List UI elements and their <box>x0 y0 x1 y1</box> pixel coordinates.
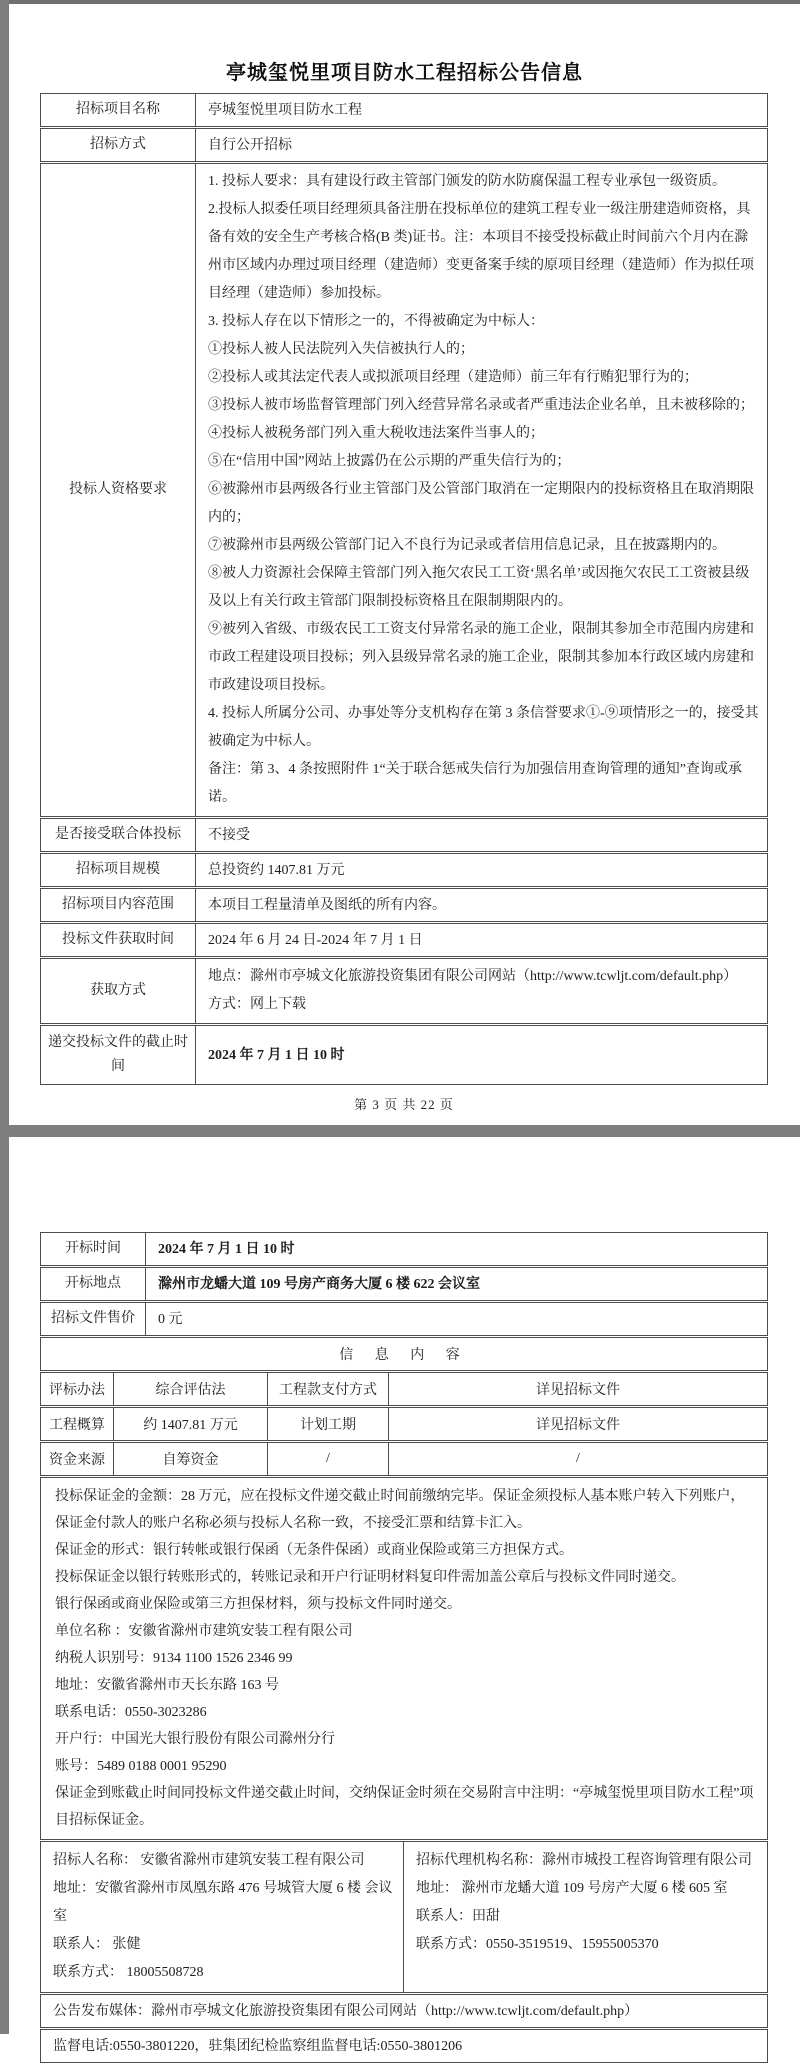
grid-cell: 工程款支付方式 <box>268 1373 389 1405</box>
page-title: 亭城玺悦里项目防水工程招标公告信息 <box>9 56 800 85</box>
grid-cell: 约 1407.81 万元 <box>114 1408 268 1440</box>
agency-info-cell: 招标代理机构名称：滁州市城投工程咨询管理有限公司 地址： 滁州市龙蟠大道 109… <box>404 1842 767 1992</box>
row-label: 招标文件售价 <box>41 1303 146 1335</box>
row-value: 总投资约 1407.81 万元 <box>196 854 767 886</box>
row-label: 是否接受联合体投标 <box>41 819 196 851</box>
table-row-scale: 招标项目规模 总投资约 1407.81 万元 <box>40 853 768 887</box>
section-header: 信 息 内 容 <box>41 1338 767 1370</box>
grid-cell: 综合评估法 <box>114 1373 268 1405</box>
table-row-open-place: 开标地点 滁州市龙蟠大道 109 号房产商务大厦 6 楼 622 会议室 <box>40 1267 768 1301</box>
row-label: 投标文件获取时间 <box>41 924 196 956</box>
row-label: 招标方式 <box>41 129 196 161</box>
grid-cell: 自筹资金 <box>114 1443 268 1475</box>
grid-cell: 工程概算 <box>41 1408 114 1440</box>
row-label: 开标时间 <box>41 1233 146 1265</box>
table-row-consortium: 是否接受联合体投标 不接受 <box>40 818 768 852</box>
row-label: 投标人资格要求 <box>41 164 196 816</box>
row-value: 2024 年 7 月 1 日 10 时 <box>146 1233 767 1265</box>
row-value: 滁州市龙蟠大道 109 号房产商务大厦 6 楼 622 会议室 <box>146 1268 767 1300</box>
deposit-info-cell: 投标保证金的金额：28 万元，应在投标文件递交截止时间前缴纳完毕。保证金须投标人… <box>41 1478 767 1839</box>
row-label: 招标项目名称 <box>41 94 196 126</box>
table-row-deadline: 递交投标文件的截止时间 2024 年 7 月 1 日 10 时 <box>40 1025 768 1085</box>
row-value: 2024 年 7 月 1 日 10 时 <box>196 1026 767 1084</box>
table-row-contacts: 招标人名称： 安徽省滁州市建筑安装工程有限公司 地址：安徽省滁州市凤凰东路 47… <box>40 1841 768 1993</box>
row-label: 招标项目内容范围 <box>41 889 196 921</box>
grid-cell: / <box>389 1443 767 1475</box>
table-row-doc-time: 投标文件获取时间 2024 年 6 月 24 日-2024 年 7 月 1 日 <box>40 923 768 957</box>
row-label: 递交投标文件的截止时间 <box>41 1026 196 1084</box>
row-label: 招标项目规模 <box>41 854 196 886</box>
table-row-supervision: 监督电话:0550-3801220，驻集团纪检监察组监督电话:0550-3801… <box>40 2029 768 2063</box>
table-row-media: 公告发布媒体：滁州市亭城文化旅游投资集团有限公司网站（http://www.tc… <box>40 1994 768 2028</box>
row-value: 本项目工程量清单及图纸的所有内容。 <box>196 889 767 921</box>
table-row-deposit: 投标保证金的金额：28 万元，应在投标文件递交截止时间前缴纳完毕。保证金须投标人… <box>40 1477 768 1840</box>
section-header-row: 信 息 内 容 <box>40 1337 768 1371</box>
document-page-2: 开标时间 2024 年 7 月 1 日 10 时 开标地点 滁州市龙蟠大道 10… <box>9 1137 800 2034</box>
document-page-1: 亭城玺悦里项目防水工程招标公告信息 招标项目名称 亭城玺悦里项目防水工程 招标方… <box>9 4 800 1125</box>
table-row-evaluation: 评标办法 综合评估法 工程款支付方式 详见招标文件 <box>40 1372 768 1406</box>
grid-cell: 资金来源 <box>41 1443 114 1475</box>
table-row-funding: 资金来源 自筹资金 / / <box>40 1442 768 1476</box>
supervision-text: 监督电话:0550-3801220，驻集团纪检监察组监督电话:0550-3801… <box>41 2030 767 2062</box>
bid-opening-table: 开标时间 2024 年 7 月 1 日 10 时 开标地点 滁州市龙蟠大道 10… <box>40 1232 768 2063</box>
window-left-edge <box>0 0 9 2034</box>
table-row-doc-price: 招标文件售价 0 元 <box>40 1302 768 1336</box>
table-row-scope: 招标项目内容范围 本项目工程量清单及图纸的所有内容。 <box>40 888 768 922</box>
table-row-qualification: 投标人资格要求 1. 投标人要求：具有建设行政主管部门颁发的防水防腐保温工程专业… <box>40 163 768 817</box>
grid-cell: 评标办法 <box>41 1373 114 1405</box>
row-value: 0 元 <box>146 1303 767 1335</box>
row-value: 地点：滁州市亭城文化旅游投资集团有限公司网站（http://www.tcwljt… <box>196 959 767 1023</box>
row-value: 亭城玺悦里项目防水工程 <box>196 94 767 126</box>
row-label: 获取方式 <box>41 959 196 1023</box>
grid-cell: 详见招标文件 <box>389 1408 767 1440</box>
table-row-obtain-method: 获取方式 地点：滁州市亭城文化旅游投资集团有限公司网站（http://www.t… <box>40 958 768 1024</box>
row-value: 1. 投标人要求：具有建设行政主管部门颁发的防水防腐保温工程专业承包一级资质。 … <box>196 164 767 816</box>
grid-cell: 详见招标文件 <box>389 1373 767 1405</box>
page-break-band <box>0 1125 800 1137</box>
grid-cell: 计划工期 <box>268 1408 389 1440</box>
page-number: 第 3 页 共 22 页 <box>40 1094 768 1113</box>
row-label: 开标地点 <box>41 1268 146 1300</box>
row-value: 2024 年 6 月 24 日-2024 年 7 月 1 日 <box>196 924 767 956</box>
table-row-budget: 工程概算 约 1407.81 万元 计划工期 详见招标文件 <box>40 1407 768 1441</box>
row-value: 自行公开招标 <box>196 129 767 161</box>
bidder-info-cell: 招标人名称： 安徽省滁州市建筑安装工程有限公司 地址：安徽省滁州市凤凰东路 47… <box>41 1842 404 1992</box>
table-row-bid-method: 招标方式 自行公开招标 <box>40 128 768 162</box>
row-value: 不接受 <box>196 819 767 851</box>
announcement-table: 招标项目名称 亭城玺悦里项目防水工程 招标方式 自行公开招标 投标人资格要求 1… <box>40 93 768 1085</box>
grid-cell: / <box>268 1443 389 1475</box>
media-text: 公告发布媒体：滁州市亭城文化旅游投资集团有限公司网站（http://www.tc… <box>41 1995 767 2027</box>
table-row-project-name: 招标项目名称 亭城玺悦里项目防水工程 <box>40 93 768 127</box>
table-row-open-time: 开标时间 2024 年 7 月 1 日 10 时 <box>40 1232 768 1266</box>
